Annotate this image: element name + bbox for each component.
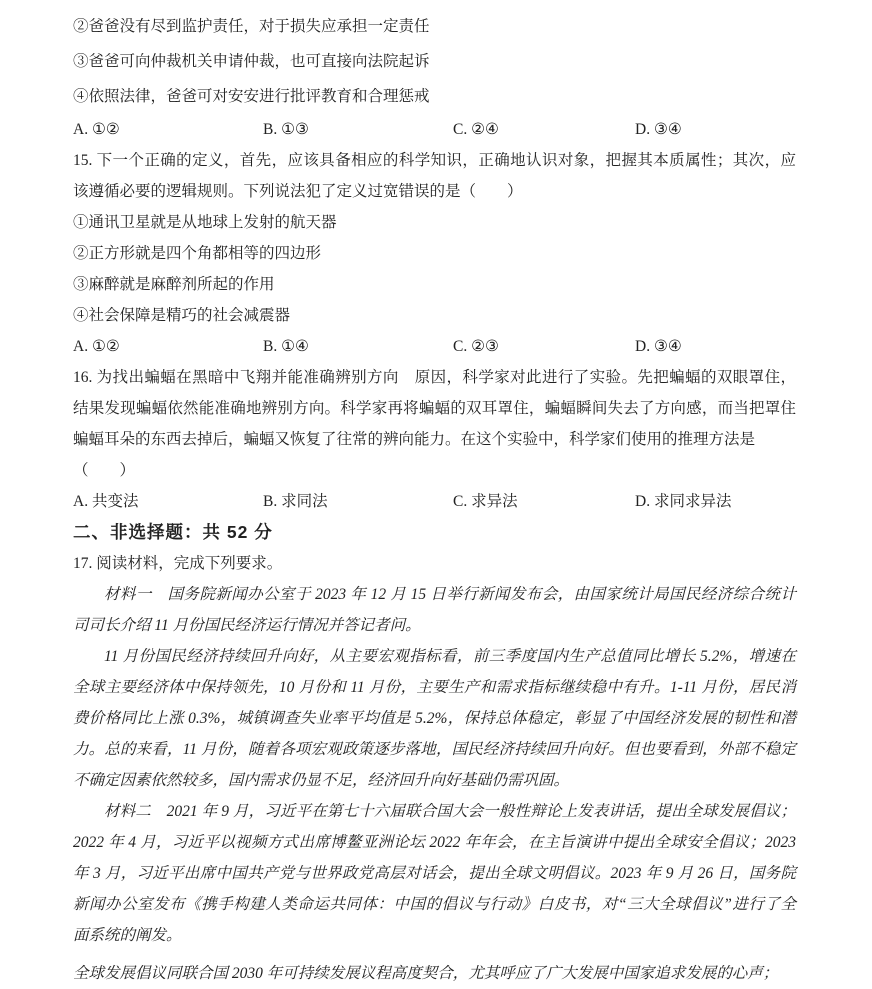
section-2-heading: 二、非选择题：共 52 分 [73,517,796,548]
question-17: 17. 阅读材料，完成下列要求。 材料一 国务院新闻办公室于 2023 年 12… [73,548,796,989]
q15-option-a: A. ①② [73,331,263,362]
q16-option-a: A. 共变法 [73,486,263,517]
q14-option-a: A. ①② [73,114,263,145]
q17-para1-line-3: 费价格同比上涨 0.3%，城镇调查失业率平均值是 5.2%，保持总体稳定，彰显了… [73,703,796,734]
q14-option-d: D. ③④ [635,114,796,145]
q16-options-row: A. 共变法 B. 求同法 C. 求异法 D. 求同求异法 [73,486,796,517]
q16-stem-line-1: 16. 为找出蝙蝠在黑暗中飞翔并能准确辨别方向 原因，科学家对此进行了实验。先把… [73,362,796,393]
q17-material2-line-4: 新闻办公室发布《携手构建人类命运共同体：中国的倡议与行动》白皮书，对“三大全球倡… [73,889,796,920]
q17-material2-line-1: 材料二 2021 年 9 月，习近平在第七十六届联合国大会一般性辩论上发表讲话，… [73,796,796,827]
q15-item-1: ①通讯卫星就是从地球上发射的航天器 [73,207,796,238]
q17-para1-line-5: 不确定因素依然较多，国内需求仍显不足，经济回升向好基础仍需巩固。 [73,765,796,796]
q14-item-4: ④依照法律，爸爸可对安安进行批评教育和合理惩戒 [73,79,796,114]
q15-options-row: A. ①② B. ①④ C. ②③ D. ③④ [73,331,796,362]
q16-option-c: C. 求异法 [453,486,635,517]
q16-answer-brackets: （ ） [73,455,796,486]
q17-material2-line-5: 面系统的阐发。 [73,920,796,951]
q17-para2-line-1: 全球发展倡议同联合国 2030 年可持续发展议程高度契合，尤其呼应了广大发展中国… [73,958,796,989]
q15-option-b: B. ①④ [263,331,453,362]
question-14-partial: ②爸爸没有尽到监护责任，对于损失应承担一定责任 ③爸爸可向仲裁机关申请仲裁，也可… [73,9,796,145]
q15-item-2: ②正方形就是四个角都相等的四边形 [73,238,796,269]
q14-option-c: C. ②④ [453,114,635,145]
q15-option-c: C. ②③ [453,331,635,362]
q14-item-3: ③爸爸可向仲裁机关申请仲裁，也可直接向法院起诉 [73,44,796,79]
q17-material2-line-2: 2022 年 4 月，习近平以视频方式出席博鳌亚洲论坛 2022 年年会，在主旨… [73,827,796,858]
q17-para1-line-1: 11 月份国民经济持续回升向好，从主要宏观指标看，前三季度国内生产总值同比增长 … [73,641,796,672]
exam-document-page: ②爸爸没有尽到监护责任，对于损失应承担一定责任 ③爸爸可向仲裁机关申请仲裁，也可… [0,0,872,989]
q17-material1-line-1: 材料一 国务院新闻办公室于 2023 年 12 月 15 日举行新闻发布会，由国… [73,579,796,610]
q16-option-d: D. 求同求异法 [635,486,796,517]
q14-options-row: A. ①② B. ①③ C. ②④ D. ③④ [73,114,796,145]
q15-item-3: ③麻醉就是麻醉剂所起的作用 [73,269,796,300]
q15-item-4: ④社会保障是精巧的社会减震器 [73,300,796,331]
q17-intro: 17. 阅读材料，完成下列要求。 [73,548,796,579]
q15-option-d: D. ③④ [635,331,796,362]
q15-stem-line-1: 15. 下一个正确的定义，首先，应该具备相应的科学知识，正确地认识对象，把握其本… [73,145,796,176]
q17-para1-line-4: 力。总的来看，11 月份，随着各项宏观政策逐步落地，国民经济持续回升向好。但也要… [73,734,796,765]
question-15: 15. 下一个正确的定义，首先，应该具备相应的科学知识，正确地认识对象，把握其本… [73,145,796,362]
q15-stem-line-2: 该遵循必要的逻辑规则。下列说法犯了定义过宽错误的是（ ） [73,176,796,207]
question-16: 16. 为找出蝙蝠在黑暗中飞翔并能准确辨别方向 原因，科学家对此进行了实验。先把… [73,362,796,517]
q16-stem-line-2: 结果发现蝙蝠依然能准确地辨别方向。科学家再将蝙蝠的双耳罩住，蝙蝠瞬间失去了方向感… [73,393,796,424]
q16-option-b: B. 求同法 [263,486,453,517]
q17-material1-line-2: 司司长介绍 11 月份国民经济运行情况并答记者问。 [73,610,796,641]
q16-stem-line-3: 蝙蝠耳朵的东西去掉后，蝙蝠又恢复了往常的辨向能力。在这个实验中，科学家们使用的推… [73,424,796,455]
q17-para1-line-2: 全球主要经济体中保持领先，10 月份和 11 月份，主要生产和需求指标继续稳中有… [73,672,796,703]
q14-option-b: B. ①③ [263,114,453,145]
q14-item-2: ②爸爸没有尽到监护责任，对于损失应承担一定责任 [73,9,796,44]
q17-material2-line-3: 年 3 月，习近平出席中国共产党与世界政党高层对话会，提出全球文明倡议。2023… [73,858,796,889]
